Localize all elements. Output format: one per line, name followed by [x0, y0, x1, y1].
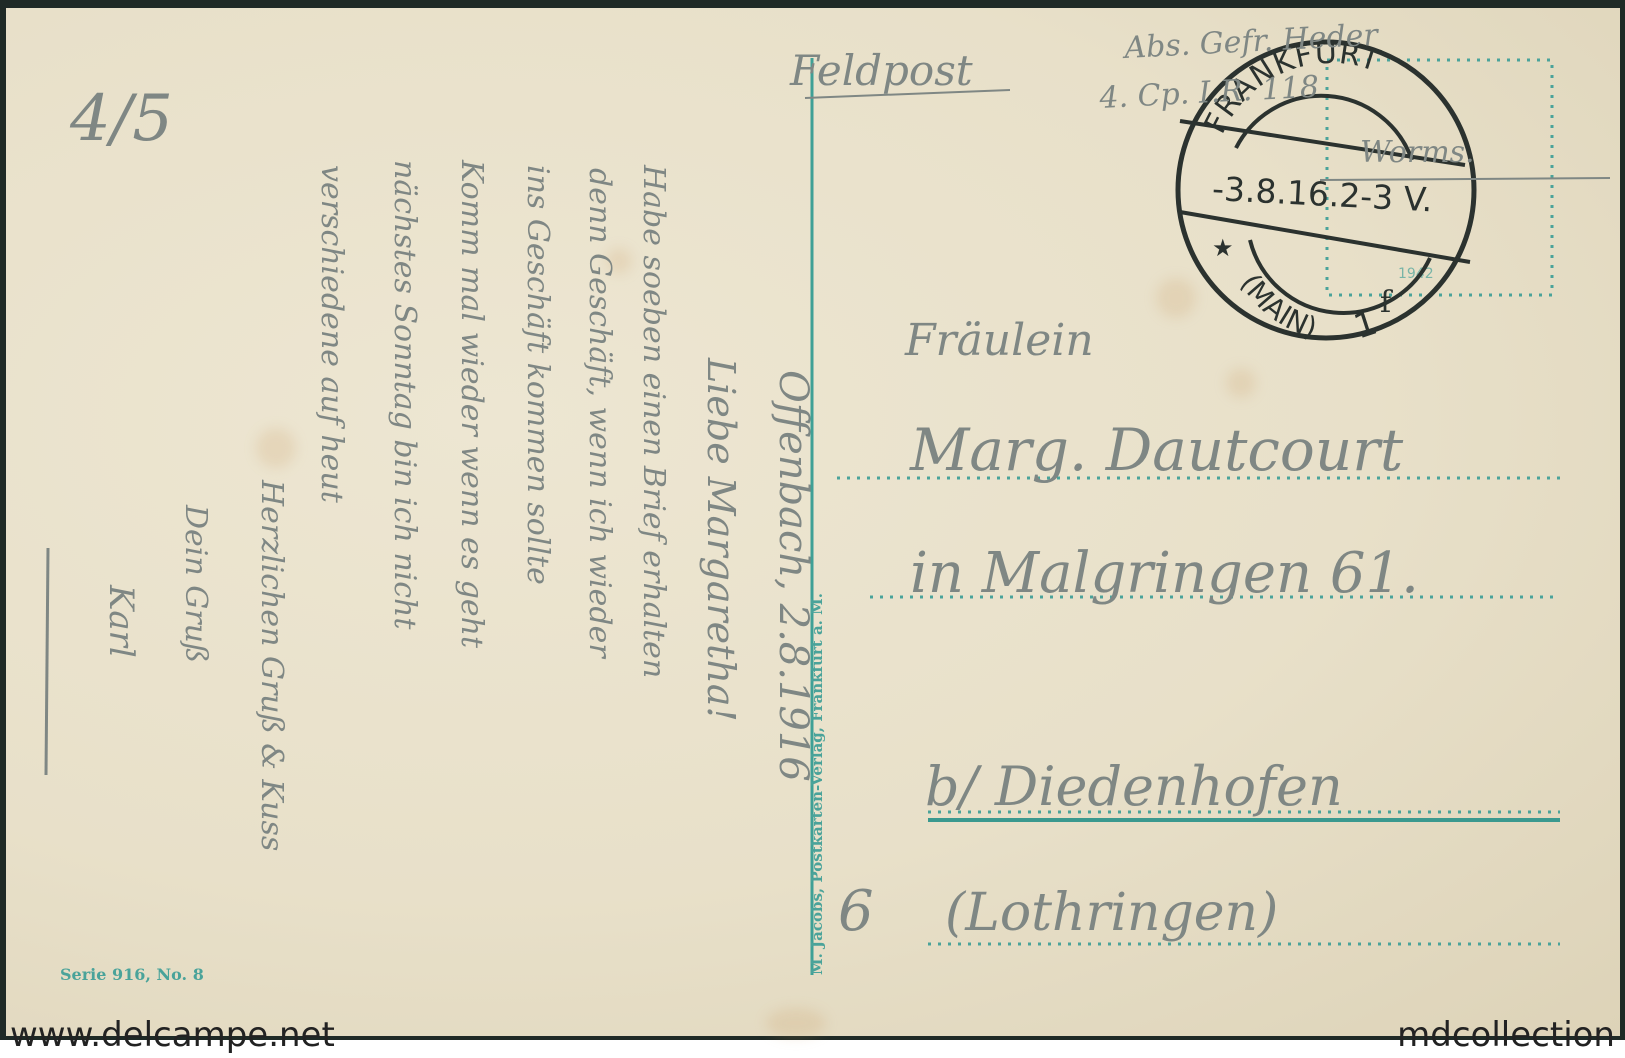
series-label: Serie 916, No. 8: [60, 965, 204, 984]
message-line-2: denn Geschäft, wenn ich wieder: [582, 168, 617, 659]
postmark-star-icon: ★: [1212, 234, 1234, 262]
message-line-7: Herzlichen Gruß & Kuss: [254, 479, 289, 851]
message-line-5: nächstes Sonntag bin ich nicht: [387, 160, 422, 630]
greeting: Liebe Margaretha!: [699, 357, 743, 722]
margin-mark: 6: [838, 879, 874, 944]
message-line-3: ins Geschäft kommen sollte: [520, 165, 555, 585]
postmark-date: -3.8.16.2-3 V.: [1211, 169, 1433, 219]
place-date: Offenbach, 2.8.1916: [770, 370, 816, 782]
message-line-4: Komm mal wieder wenn es geht: [454, 159, 489, 649]
corner-note: 4/5: [69, 82, 173, 156]
message-line-1: Habe soeben einen Brief erhalten: [636, 164, 671, 678]
watermark-left: www.delcampe.net: [10, 1015, 335, 1055]
recipient-title: Fräulein: [904, 315, 1094, 366]
feldpost-heading: Feldpost: [789, 46, 973, 95]
sender-line-3: Worms.: [1360, 135, 1475, 170]
recipient-street: in Malgringen 61.: [910, 541, 1419, 606]
signature: Karl: [101, 584, 141, 658]
recipient-region: (Lothringen): [945, 883, 1278, 943]
recipient-name: Marg. Dautcourt: [909, 416, 1404, 484]
watermark-right: mdcollection: [1397, 1015, 1615, 1055]
signature-rule: [46, 548, 48, 775]
postmark-office-suffix: f: [1380, 285, 1393, 320]
postmark-office-number: 1: [1349, 303, 1382, 348]
recipient-city: b/ Diedenhofen: [925, 755, 1343, 818]
message-line-8: Dein Gruß: [178, 504, 213, 663]
message-line-6: verschiedene auf heut: [314, 165, 349, 504]
sender-line-2: 4. Cp. I.R. 118: [1098, 70, 1320, 117]
postcard-artwork: M. Jacobs, Postkarten-Verlag, Frankfurt …: [0, 0, 1625, 1040]
